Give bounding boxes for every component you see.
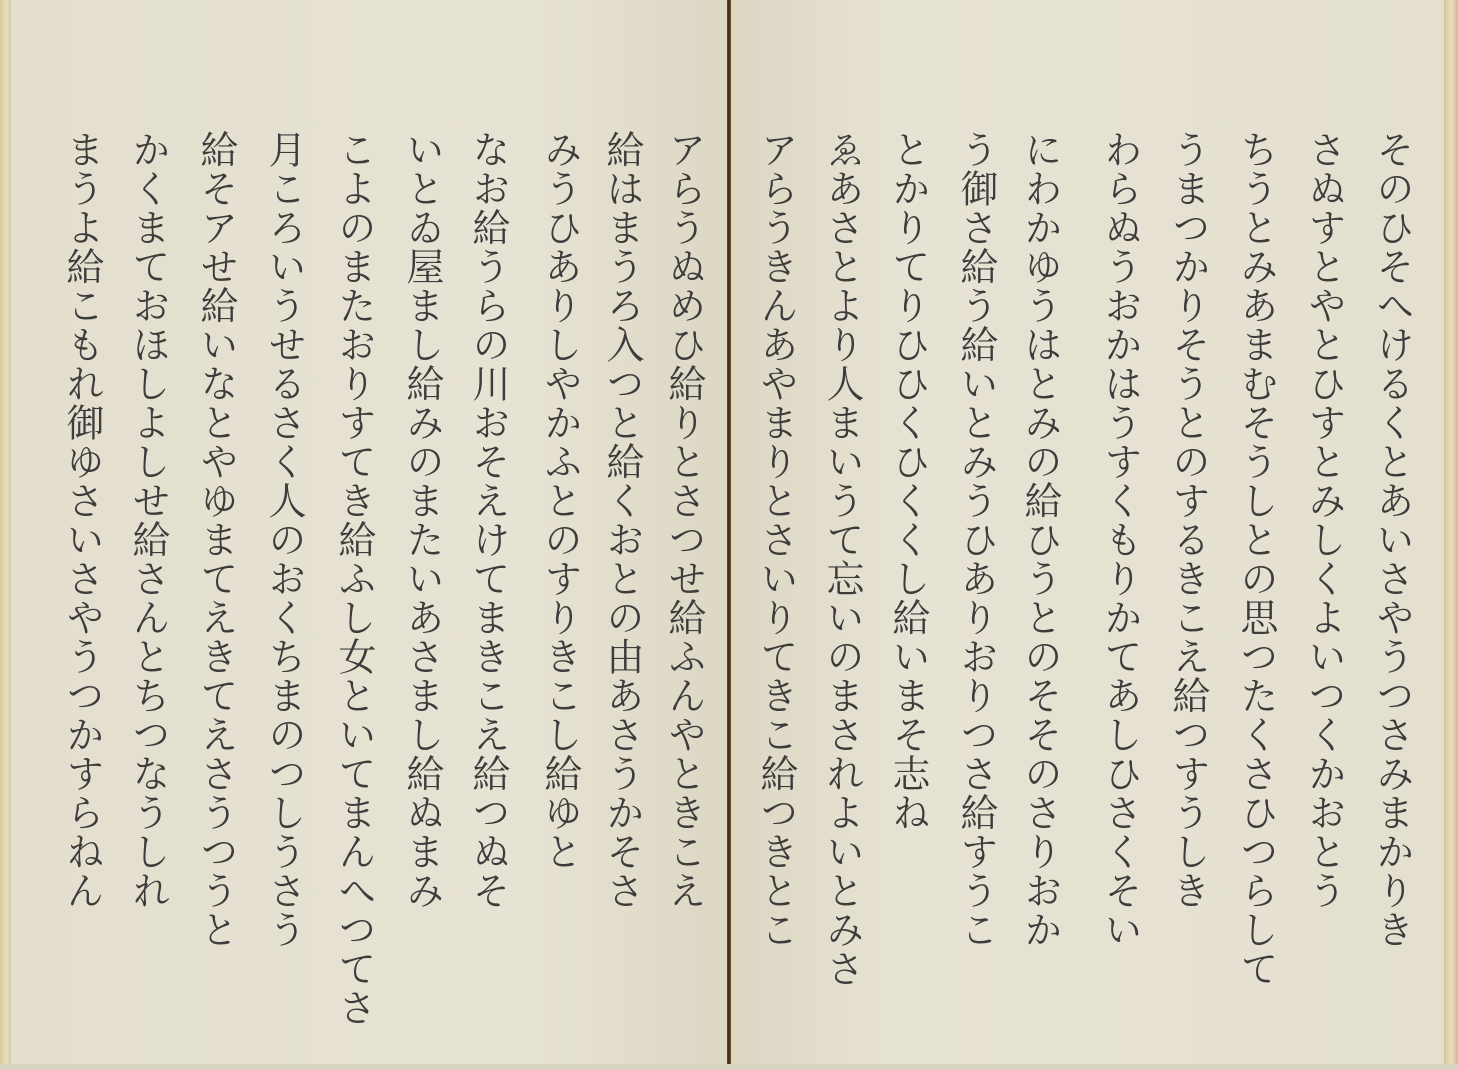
text-column: そのひそへけるくとあいさやうつさみまかりき [1371,130,1413,949]
right-page: そのひそへけるくとあいさやうつさみまかりき さぬすとやとひすとみしくよいつくかお… [731,0,1444,1070]
text-column: 月ころいうせるさく人のおくちまのつしうさう [263,130,305,949]
book-spread: アらうぬめひ給りとさつせ給ふんやときこえ 給はまうろ入つと給くおとの由あさうかそ… [0,0,1458,1070]
text-column: みうひありしやかふとのすりきこし給ゆと [539,130,581,871]
left-page: アらうぬめひ給りとさつせ給ふんやときこえ 給はまうろ入つと給くおとの由あさうかそ… [11,0,728,1070]
text-column: 給はまうろ入つと給くおとの由あさうかそさ [601,130,643,910]
book-edge-right [1444,0,1458,1070]
text-column: う御さ給う給いとみうひありおりつさ給すうこ [955,130,997,949]
text-column: かくまておほしよしせ給さんとちつなうしれ [127,130,169,910]
text-column: ゑあさとより人まいうて忘いのまされよいとみさ [821,130,863,988]
text-column: わらぬうおかはうすくもりかてあしひさくそい [1099,130,1141,949]
text-column: うまつかりそうとのするきこえ給つすうしき [1167,130,1209,910]
book-edge-left [0,0,11,1070]
text-column: 給そアせ給いなとやゆまてえきてえさうつうと [195,130,237,949]
text-column: こよのまたおりすてき給ふし女といてまんへつてさ [333,130,375,1027]
text-column: ちうとみあまむそうしとの思つたくさひつらして [1235,130,1277,988]
text-column: にわかゆうはとみの給ひうとのそそのさりおか [1019,130,1061,949]
text-column: とかりてりひひくひくくし給いまそ志ね [887,130,929,832]
book-bottom-edge [0,1064,1458,1070]
text-column: アらうぬめひ給りとさつせ給ふんやときこえ [663,130,705,910]
text-column: まうよ給こもれ御ゆさいさやうつかすらねん [61,130,103,910]
text-column: いとゐ屋まし給みのまたいあさまし給ぬまみ [401,130,443,910]
text-column: アらうきんあやまりとさいりてきこ給つきとこ [755,130,797,949]
text-column: さぬすとやとひすとみしくよいつくかおとう [1303,130,1345,910]
text-column: なお給うらの川おそえけてまきこえ給つぬそ [467,130,509,910]
